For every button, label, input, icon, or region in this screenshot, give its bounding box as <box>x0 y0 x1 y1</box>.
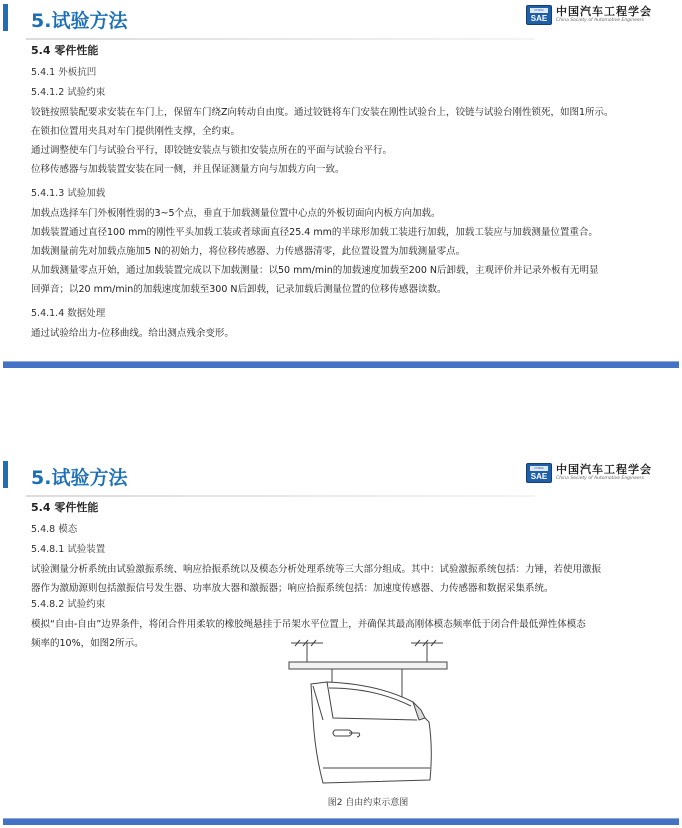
badge-sae-text: SAE <box>528 472 550 481</box>
csae-logo: CHINA SAE 中国汽车工程学会 China Society of Auto… <box>526 463 652 483</box>
paragraph-line: 通过调整使车门与试验台平行，即铰链安装点与锁扣安装点所在的平面与试验台平行。 <box>31 141 662 160</box>
subsection-heading: 5.4.8 模态 <box>31 523 662 537</box>
sae-badge-icon: CHINA SAE <box>526 463 552 483</box>
title-divider <box>26 495 534 497</box>
block-heading: 5.4.8.1 试验装置 <box>31 543 662 557</box>
paragraph-line: 加载点选择车门外板刚性弱的3~5个点，垂直于加载测量位置中心点的外板切面向内板方… <box>31 204 662 223</box>
paragraph-line: 试验测量分析系统由试验激振系统、响应拾振系统以及模态分析处理系统等三大部分组成。… <box>31 560 662 579</box>
logo-en: China Society of Automotive Engineers <box>556 476 652 482</box>
logo-text: 中国汽车工程学会 China Society of Automotive Eng… <box>556 6 652 24</box>
title-accent-bar <box>3 4 8 31</box>
paragraph-line: 铰链按照装配要求安装在车门上，保留车门绕Z向转动自由度。通过铰链将车门安装在刚性… <box>31 103 662 122</box>
title-accent-bar <box>3 461 8 488</box>
badge-sae-text: SAE <box>528 14 550 23</box>
block-heading: 5.4.1.4 数据处理 <box>31 307 662 321</box>
section-heading: 5.4 零件性能 <box>31 501 662 515</box>
title-divider <box>26 38 534 40</box>
slide-body: 5.4 零件性能 5.4.1 外板抗凹 5.4.1.2 试验约束 铰链按照装配要… <box>31 44 662 343</box>
slide-bottom-bar <box>3 818 679 825</box>
logo-cn: 中国汽车工程学会 <box>556 464 652 476</box>
paragraph-line: 在锁扣位置用夹具对车门提供刚性支撑，全约束。 <box>31 122 662 141</box>
subsection-heading: 5.4.1 外板抗凹 <box>31 66 662 80</box>
figure-caption: 图2 自由约束示意图 <box>283 795 453 808</box>
logo-text: 中国汽车工程学会 China Society of Automotive Eng… <box>556 464 652 482</box>
paragraph-line: 模拟“自由-自由”边界条件，将闭合件用柔软的橡胶绳悬挂于吊架水平位置上，并确保其… <box>31 615 662 634</box>
block-heading: 5.4.8.2 试验约束 <box>31 598 662 612</box>
logo-en: China Society of Automotive Engineers <box>556 18 652 24</box>
slide-body: 5.4 零件性能 5.4.8 模态 5.4.8.1 试验装置 试验测量分析系统由… <box>31 501 662 653</box>
badge-top-text: CHINA <box>530 466 548 471</box>
free-constraint-figure: 图2 自由约束示意图 <box>283 638 453 810</box>
paragraph-line: 器作为激励源则包括激振信号发生器、功率放大器和激振器；响应拾振系统包括：加速度传… <box>31 579 662 598</box>
csae-logo: CHINA SAE 中国汽车工程学会 China Society of Auto… <box>526 5 652 25</box>
slide-title: 5.试验方法 <box>31 6 127 33</box>
sae-badge-icon: CHINA SAE <box>526 5 552 25</box>
block-heading: 5.4.1.2 试验约束 <box>31 86 662 100</box>
slide-1: 5.试验方法 CHINA SAE 中国汽车工程学会 China Society … <box>0 0 682 368</box>
paragraph-line: 从加载测量零点开始，通过加载装置完成以下加载测量：以50 mm/min的加载速度… <box>31 261 662 280</box>
paragraph-line: 加载测量前先对加载点施加5 N的初始力，将位移传感器、力传感器清零，此位置设置为… <box>31 242 662 261</box>
paragraph-line: 位移传感器与加载装置安装在同一侧，并且保证测量方向与加载方向一致。 <box>31 160 662 179</box>
door-suspension-diagram-icon <box>283 638 453 793</box>
slide-bottom-bar <box>3 361 679 368</box>
paragraph-line: 加载装置通过直径100 mm的刚性平头加载工装或者球面直径25.4 mm的半球形… <box>31 223 662 242</box>
section-heading: 5.4 零件性能 <box>31 44 662 58</box>
slide-2: 5.试验方法 CHINA SAE 中国汽车工程学会 China Society … <box>0 448 682 828</box>
paragraph-line: 回弹音；以20 mm/min的加载速度加载至300 N后卸载，记录加载后测量位置… <box>31 280 662 299</box>
slide-title: 5.试验方法 <box>31 463 127 490</box>
block-heading: 5.4.1.3 试验加载 <box>31 187 662 201</box>
logo-cn: 中国汽车工程学会 <box>556 6 652 18</box>
badge-top-text: CHINA <box>530 8 548 13</box>
paragraph-line: 通过试验给出力-位移曲线。给出测点残余变形。 <box>31 324 662 343</box>
